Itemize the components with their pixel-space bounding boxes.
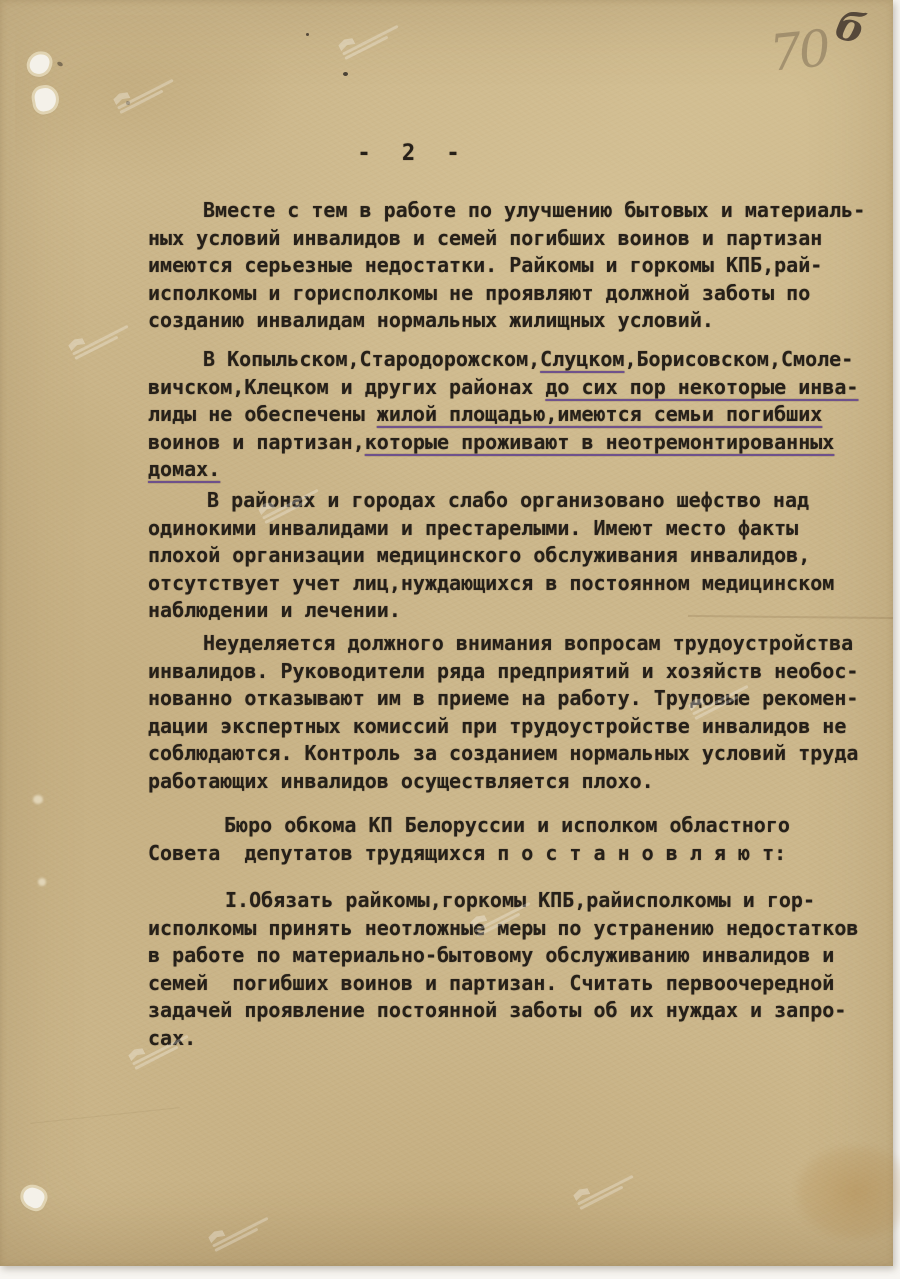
text-segment: воинов и партизан, xyxy=(148,430,365,454)
text-segment: I.Обязать райкомы,горкомы КПБ,райисполко… xyxy=(225,888,815,912)
paper-stain xyxy=(0,1195,893,1266)
text-line: В Копыльском,Стародорожском,Слуцком,Бори… xyxy=(148,346,868,374)
archive-watermark-icon xyxy=(67,315,131,360)
text-segment: в работе по материально-бытовому обслужи… xyxy=(148,943,834,967)
text-segment: созданию инвалидам нормальных жилищных у… xyxy=(148,308,714,332)
underlined-text-segment: до сих пор некоторые инва- xyxy=(545,375,858,399)
paper-speck xyxy=(343,72,348,76)
text-line: ных условий инвалидов и семей погибших в… xyxy=(148,225,868,253)
archival-page-number: 70 б xyxy=(762,8,892,88)
text-line: отсутствует учет лиц,нуждающихся в посто… xyxy=(148,570,868,598)
text-line: Бюро обкома КП Белоруссии и исполком обл… xyxy=(148,812,868,840)
text-segment: В Копыльском,Стародорожском, xyxy=(203,347,540,371)
text-line: наблюдении и лечении. xyxy=(148,597,868,625)
paper-speck xyxy=(56,61,63,67)
text-segment: инвалидов. Руководители ряда предприятий… xyxy=(148,659,858,683)
archive-watermark-icon xyxy=(337,15,401,60)
paragraph: В районах и городах слабо организовано ш… xyxy=(148,487,868,625)
paper-hole xyxy=(28,52,51,76)
text-line: лиды не обеспечены жилой площадью,имеютс… xyxy=(148,401,868,429)
paper-stain xyxy=(795,1145,900,1240)
text-segment: В районах и городах слабо организовано ш… xyxy=(207,488,809,512)
text-segment: Бюро обкома КП Белоруссии и исполком обл… xyxy=(224,813,790,837)
archival-number-ink: б xyxy=(831,1,870,54)
text-segment: отсутствует учет лиц,нуждающихся в посто… xyxy=(148,571,834,595)
archive-watermark-icon xyxy=(112,69,176,114)
scanned-document-page: { "page": { "page_number": "- 2 -", "arc… xyxy=(0,0,900,1279)
paragraph: I.Обязать райкомы,горкомы КПБ,райисполко… xyxy=(148,887,868,1053)
paper-dent xyxy=(33,795,43,804)
paragraph: Бюро обкома КП Белоруссии и исполком обл… xyxy=(148,812,868,867)
text-segment: наблюдении и лечении. xyxy=(148,598,401,622)
text-segment: вичском,Клецком и других районах xyxy=(148,375,545,399)
paragraph: В Копыльском,Стародорожском,Слуцком,Бори… xyxy=(148,346,868,484)
paper-stain xyxy=(15,15,295,185)
underlined-text-segment: которые проживают в неотремонтированных xyxy=(365,430,835,454)
text-segment: соблюдаются. Контроль за созданием норма… xyxy=(148,741,858,765)
text-segment: Неуделяется должного внимания вопросам т… xyxy=(203,631,853,655)
text-segment: Совета депутатов трудящихся п о с т а н … xyxy=(148,841,786,865)
text-line: сах. xyxy=(148,1025,868,1053)
archive-watermark-icon xyxy=(572,1165,636,1210)
paper-hole xyxy=(33,86,58,112)
text-segment: исполкомы и горисполкомы не проявляют до… xyxy=(148,281,810,305)
text-line: семей погибших воинов и партизан. Считат… xyxy=(148,970,868,998)
paper-hole xyxy=(20,1184,47,1210)
text-segment: плохой организации медицинского обслужив… xyxy=(148,543,810,567)
text-line: В районах и городах слабо организовано ш… xyxy=(148,487,868,515)
text-segment: ных условий инвалидов и семей погибших в… xyxy=(148,226,822,250)
underlined-text-segment: жилой площадью,имеются семьи погибших xyxy=(377,402,823,426)
text-segment: семей погибших воинов и партизан. Считат… xyxy=(148,971,834,995)
paragraph: Неуделяется должного внимания вопросам т… xyxy=(148,630,868,796)
text-line: имеются серьезные недостатки. Райкомы и … xyxy=(148,252,868,280)
paper-speck xyxy=(126,101,130,105)
archive-watermark-icon xyxy=(207,1207,271,1252)
archival-number-pencil: 70 xyxy=(767,19,830,83)
paper-stain xyxy=(20,380,140,540)
text-segment: одинокими инвалидами и престарелыми. Име… xyxy=(148,516,798,540)
text-segment: имеются серьезные недостатки. Райкомы и … xyxy=(148,253,822,277)
text-segment: работающих инвалидов осуществляется плох… xyxy=(148,769,654,793)
page-number: - 2 - xyxy=(333,141,493,166)
text-line: дации экспертных комиссий при трудоустро… xyxy=(148,713,868,741)
text-line: I.Обязать райкомы,горкомы КПБ,райисполко… xyxy=(148,887,868,915)
text-segment: дации экспертных комиссий при трудоустро… xyxy=(148,714,846,738)
paper-speck xyxy=(306,33,309,36)
text-line: Неуделяется должного внимания вопросам т… xyxy=(148,630,868,658)
text-segment: задачей проявление постоянной заботы об … xyxy=(148,998,846,1022)
text-line: Вместе с тем в работе по улучшению бытов… xyxy=(148,197,868,225)
text-line: нованно отказывают им в приеме на работу… xyxy=(148,685,868,713)
text-line: задачей проявление постоянной заботы об … xyxy=(148,997,868,1025)
text-line: домах. xyxy=(148,456,868,484)
text-line: воинов и партизан,которые проживают в не… xyxy=(148,429,868,457)
text-line: созданию инвалидам нормальных жилищных у… xyxy=(148,307,868,335)
text-line: в работе по материально-бытовому обслужи… xyxy=(148,942,868,970)
text-line: одинокими инвалидами и престарелыми. Име… xyxy=(148,515,868,543)
underlined-text-segment: Слуцком xyxy=(540,347,624,371)
underlined-text-segment: домах. xyxy=(148,457,220,481)
text-line: Совета депутатов трудящихся п о с т а н … xyxy=(148,840,868,868)
text-segment: ,Борисовском,Смоле- xyxy=(624,347,853,371)
text-line: соблюдаются. Контроль за созданием норма… xyxy=(148,740,868,768)
text-segment: нованно отказывают им в приеме на работу… xyxy=(148,686,858,710)
text-segment: исполкомы принять неотложные меры по уст… xyxy=(148,916,858,940)
text-line: вичском,Клецком и других районах до сих … xyxy=(148,374,868,402)
text-line: исполкомы и горисполкомы не проявляют до… xyxy=(148,280,868,308)
paper-dent xyxy=(38,878,46,886)
text-line: плохой организации медицинского обслужив… xyxy=(148,542,868,570)
text-line: работающих инвалидов осуществляется плох… xyxy=(148,768,868,796)
paper-sheet: 70 б - 2 - Вместе с тем в работе по улуч… xyxy=(0,0,893,1266)
text-segment: сах. xyxy=(148,1026,196,1050)
text-line: исполкомы принять неотложные меры по уст… xyxy=(148,915,868,943)
paragraph: Вместе с тем в работе по улучшению бытов… xyxy=(148,197,868,335)
text-segment: лиды не обеспечены xyxy=(148,402,377,426)
text-line: инвалидов. Руководители ряда предприятий… xyxy=(148,658,868,686)
text-segment: Вместе с тем в работе по улучшению бытов… xyxy=(203,198,865,222)
paper-crease xyxy=(30,1107,179,1124)
